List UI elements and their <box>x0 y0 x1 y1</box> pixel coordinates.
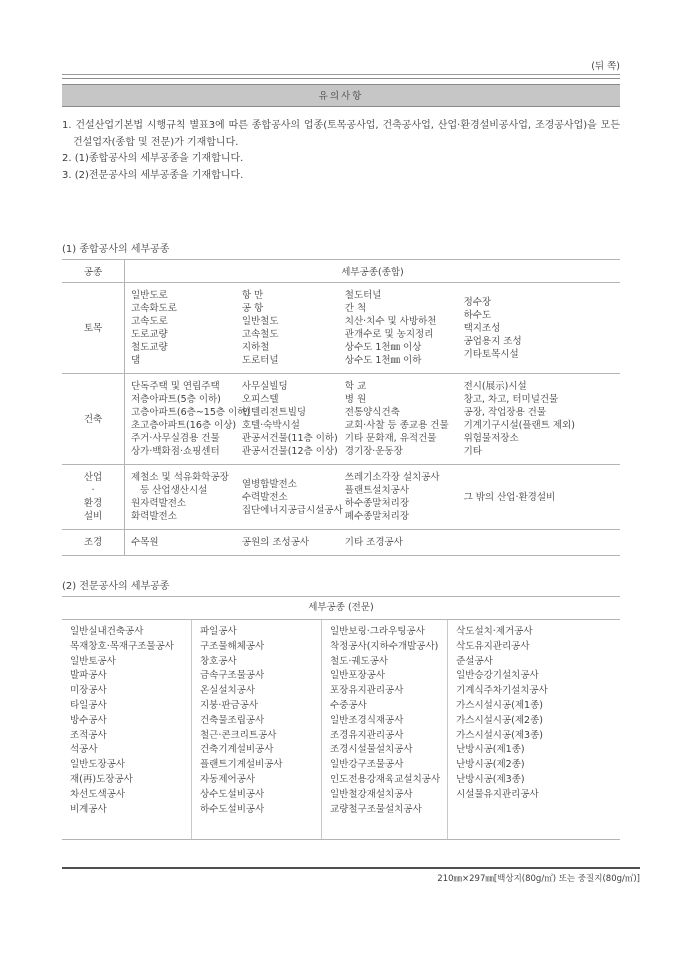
detail-header-cell: 세부공종(종합) <box>125 260 620 282</box>
notice-item: 1. 건설산업기본법 시행규칙 별표3에 따른 종합공사의 업종(토목공사업, … <box>62 118 620 151</box>
detail-column: 단독주택 및 연립주택 저층아파트(5층 이하) 고층아파트(6층~15층 이하… <box>125 380 242 458</box>
notice-title-bar: 유의사항 <box>62 84 620 107</box>
back-side-label: (뒤 쪽) <box>62 58 620 71</box>
table-header-row: 공종 세부공종(종합) <box>62 260 620 283</box>
detail-column: 사무실빌딩 오피스텔 인텔리전트빌딩 호텔·숙박시설 관공서건물(11층 이하)… <box>242 380 345 458</box>
page-footer: 210㎜×297㎜[백상지(80g/㎡) 또는 중질지(80g/㎡)] <box>62 867 640 884</box>
detail-column: 공원의 조성공사 <box>242 536 345 549</box>
detail-column: 학 교 병 원 전통양식건축 교회·사찰 등 종교용 건물 기타 문화재, 유적… <box>345 380 464 458</box>
table-row-civil: 토목 일반도로 고속화도로 고속도로 도로교량 철도교량 댐 항 만 공 항 일… <box>62 283 620 374</box>
detail-cell: 일반도로 고속화도로 고속도로 도로교량 철도교량 댐 항 만 공 항 일반철도… <box>125 283 620 373</box>
detail-column: 그 밖의 산업·환경설비 <box>464 491 620 504</box>
worktype-header-cell: 공종 <box>62 260 125 282</box>
top-double-rule <box>62 74 620 79</box>
table-row-landscape: 조경 수목원 공원의 조성공사 기타 조경공사 <box>62 530 620 555</box>
section2-heading: (2) 전문공사의 세부공종 <box>62 577 620 592</box>
detail-column: 항 만 공 항 일반철도 고속철도 지하철 도로터널 <box>242 289 345 367</box>
paper-spec-note: 210㎜×297㎜[백상지(80g/㎡) 또는 중질지(80g/㎡)] <box>62 869 640 884</box>
specialty-column: 일반보링·그라우팅공사 착정공사(지하수개발공사) 철도·궤도공사 일반포장공사… <box>322 620 448 839</box>
detail-column: 쓰레기소각장 설치공사 플랜트설치공사 하수종말처리장 폐수종말처리장 <box>345 471 464 523</box>
notice-item: 3. (2)전문공사의 세부공종을 기재합니다. <box>62 168 620 185</box>
table-row-building: 건축 단독주택 및 연립주택 저층아파트(5층 이하) 고층아파트(6층~15층… <box>62 374 620 465</box>
notice-list: 1. 건설산업기본법 시행규칙 별표3에 따른 종합공사의 업종(토목공사업, … <box>62 118 620 184</box>
worktype-label-building: 건축 <box>62 374 125 464</box>
notice-title: 유의사항 <box>319 91 364 102</box>
worktype-label-civil: 토목 <box>62 283 125 373</box>
specialty-column: 일반실내건축공사 목재창호·목재구조물공사 일반토공사 발파공사 미장공사 타일… <box>62 620 192 839</box>
table-body: 일반실내건축공사 목재창호·목재구조물공사 일반토공사 발파공사 미장공사 타일… <box>62 620 620 839</box>
worktype-label-landscape: 조경 <box>62 530 125 555</box>
detail-column: 제철소 및 석유화학공장 등 산업생산시설 원자력발전소 화력발전소 <box>125 471 242 523</box>
detail-column: 일반도로 고속화도로 고속도로 도로교량 철도교량 댐 <box>125 289 242 367</box>
general-works-table: 공종 세부공종(종합) 토목 일반도로 고속화도로 고속도로 도로교량 철도교량… <box>62 259 620 556</box>
section1-heading: (1) 종합공사의 세부공종 <box>62 240 620 255</box>
specialty-column: 파일공사 구조물해체공사 창호공사 금속구조물공사 온실설치공사 지붕·판금공사… <box>192 620 322 839</box>
detail-cell: 수목원 공원의 조성공사 기타 조경공사 <box>125 530 620 555</box>
detail-column: 열병합발전소 수력발전소 집단에너지공급시설공사 <box>242 478 345 517</box>
detail-cell: 제철소 및 석유화학공장 등 산업생산시설 원자력발전소 화력발전소 열병합발전… <box>125 465 620 529</box>
specialty-column: 삭도설치·제거공사 삭도유지관리공사 준설공사 일반승강기설치공사 기계식주차기… <box>448 620 620 839</box>
notice-item: 2. (1)종합공사의 세부공종을 기재합니다. <box>62 151 620 168</box>
detail-cell: 단독주택 및 연립주택 저층아파트(5층 이하) 고층아파트(6층~15층 이하… <box>125 374 620 464</box>
detail-column: 전시(展示)시설 창고, 차고, 터미널건물 공장, 작업장용 건물 기계기구시… <box>464 380 620 458</box>
table-header-row: 세부공종 (전문) <box>62 597 620 620</box>
detail-column: 철도터널 간 척 치산·치수 및 사방하천 관개수로 및 농지정리 상수도 1천… <box>345 289 464 367</box>
specialty-works-table: 세부공종 (전문) 일반실내건축공사 목재창호·목재구조물공사 일반토공사 발파… <box>62 596 620 840</box>
detail-column: 정수장 하수도 택지조성 공업용지 조성 기타토목시설 <box>464 296 620 361</box>
worktype-label-industrial-env: 산업 · 환경 설비 <box>62 465 125 529</box>
table-row-industrial-env: 산업 · 환경 설비 제철소 및 석유화학공장 등 산업생산시설 원자력발전소 … <box>62 465 620 530</box>
document-page: (뒤 쪽) 유의사항 1. 건설산업기본법 시행규칙 별표3에 따른 종합공사의… <box>0 0 680 884</box>
detail-column: 기타 조경공사 <box>345 536 464 549</box>
detail-column: 수목원 <box>125 536 242 549</box>
